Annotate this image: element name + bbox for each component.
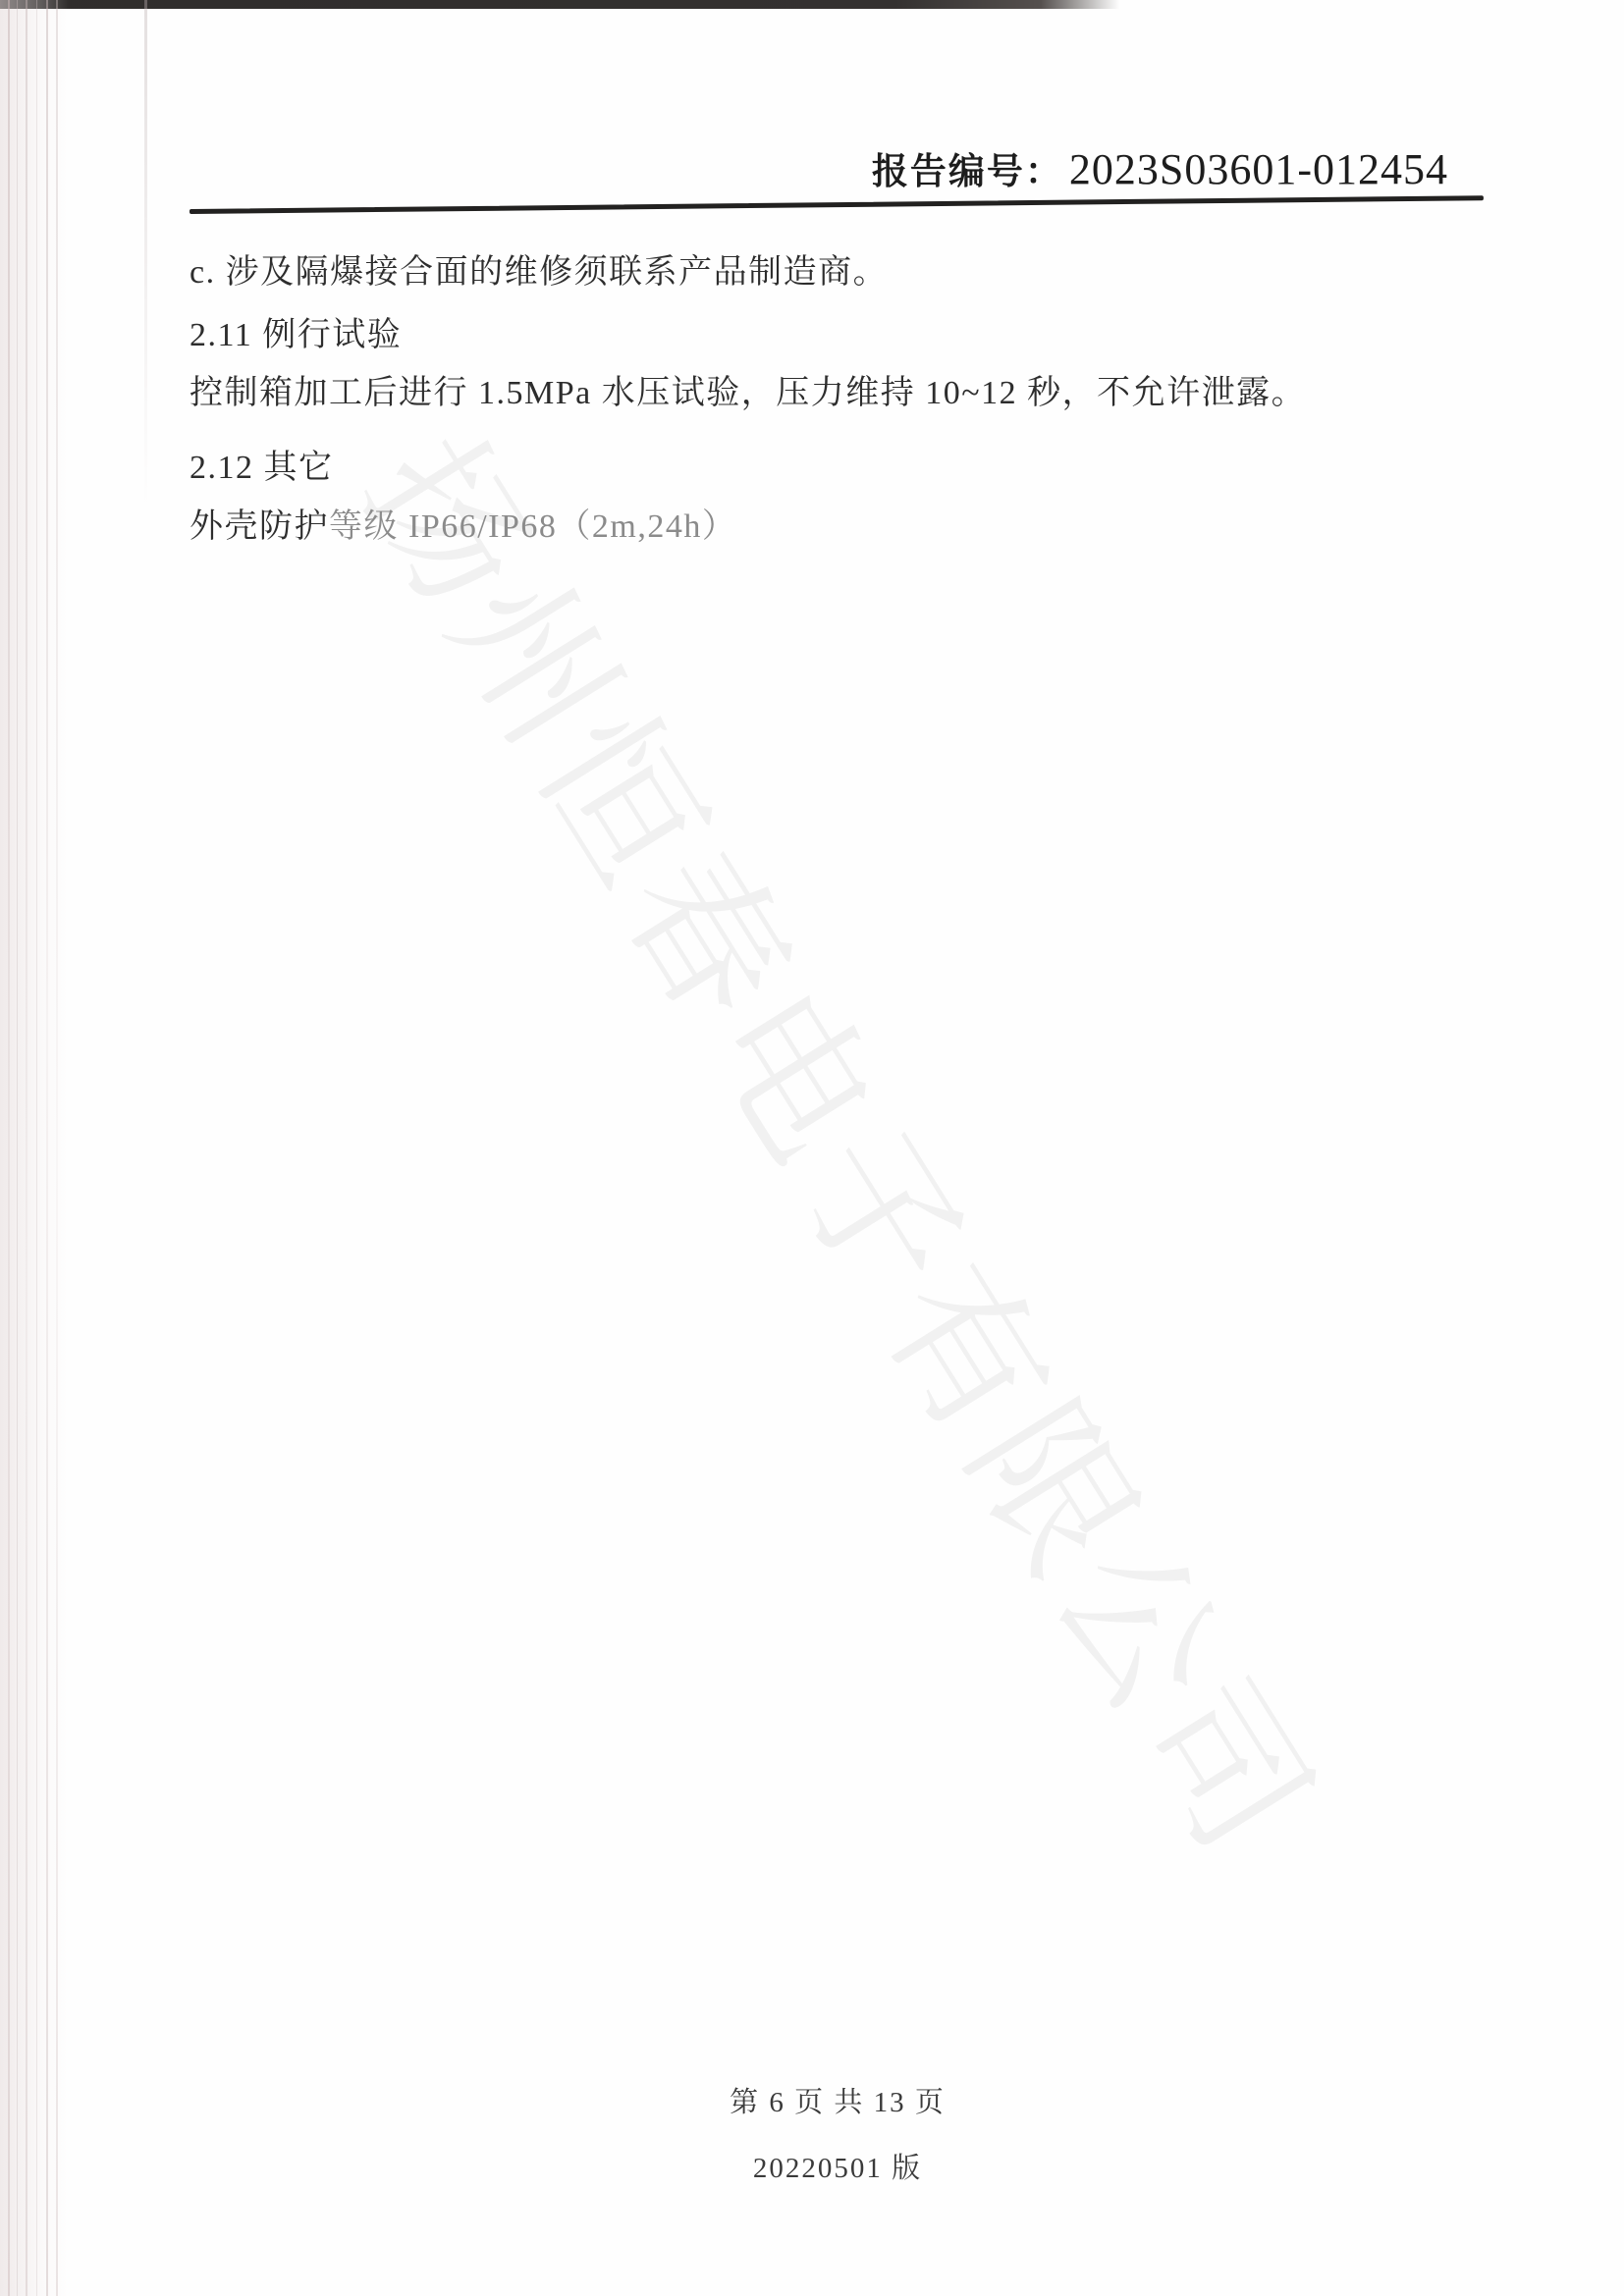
page-edge-streak [46,0,48,2296]
section-2-11-title: 2.11 例行试验 [189,307,402,355]
section-2-12-text-faded: 等级 IP66/IP68（2m,24h） [329,508,736,545]
section-2-12-title: 2.12 其它 [189,440,334,488]
header-divider-rule [189,195,1484,214]
page-edge-streak [144,0,147,510]
report-header: 报告编号： 2023S03601-012454 [872,141,1448,194]
company-watermark: 扬州恒春电子有限公司 [322,388,1378,1890]
page-edge-streak [8,0,10,2296]
footer-page-indicator: 第 6 页 共 13 页 [26,2080,1624,2120]
section-2-11-text: 控制箱加工后进行 1.5MPa 水压试验，压力维持 10~12 秒，不允许泄露。 [189,365,1306,413]
page-edge-streak [26,0,27,2296]
section-2-12-text-dark: 外壳防护 [189,508,329,545]
scan-left-edge-artifact [0,0,69,2296]
page-edge-streak [56,0,58,2296]
section-2-12-text: 外壳防护等级 IP66/IP68（2m,24h） [189,499,736,547]
report-number-label: 报告编号： [872,141,1063,194]
report-number-value: 2023S03601-012454 [1069,144,1448,194]
footer-version: 20220501 版 [26,2146,1624,2186]
body-line-item-c: c. 涉及隔爆接合面的维修须联系产品制造商。 [189,244,888,293]
document-page: 扬州恒春电子有限公司 报告编号： 2023S03601-012454 c. 涉及… [0,0,1624,2296]
scan-top-edge-artifact [0,0,1119,9]
page-edge-streak [36,0,37,2296]
page-edge-streak [17,0,18,2296]
